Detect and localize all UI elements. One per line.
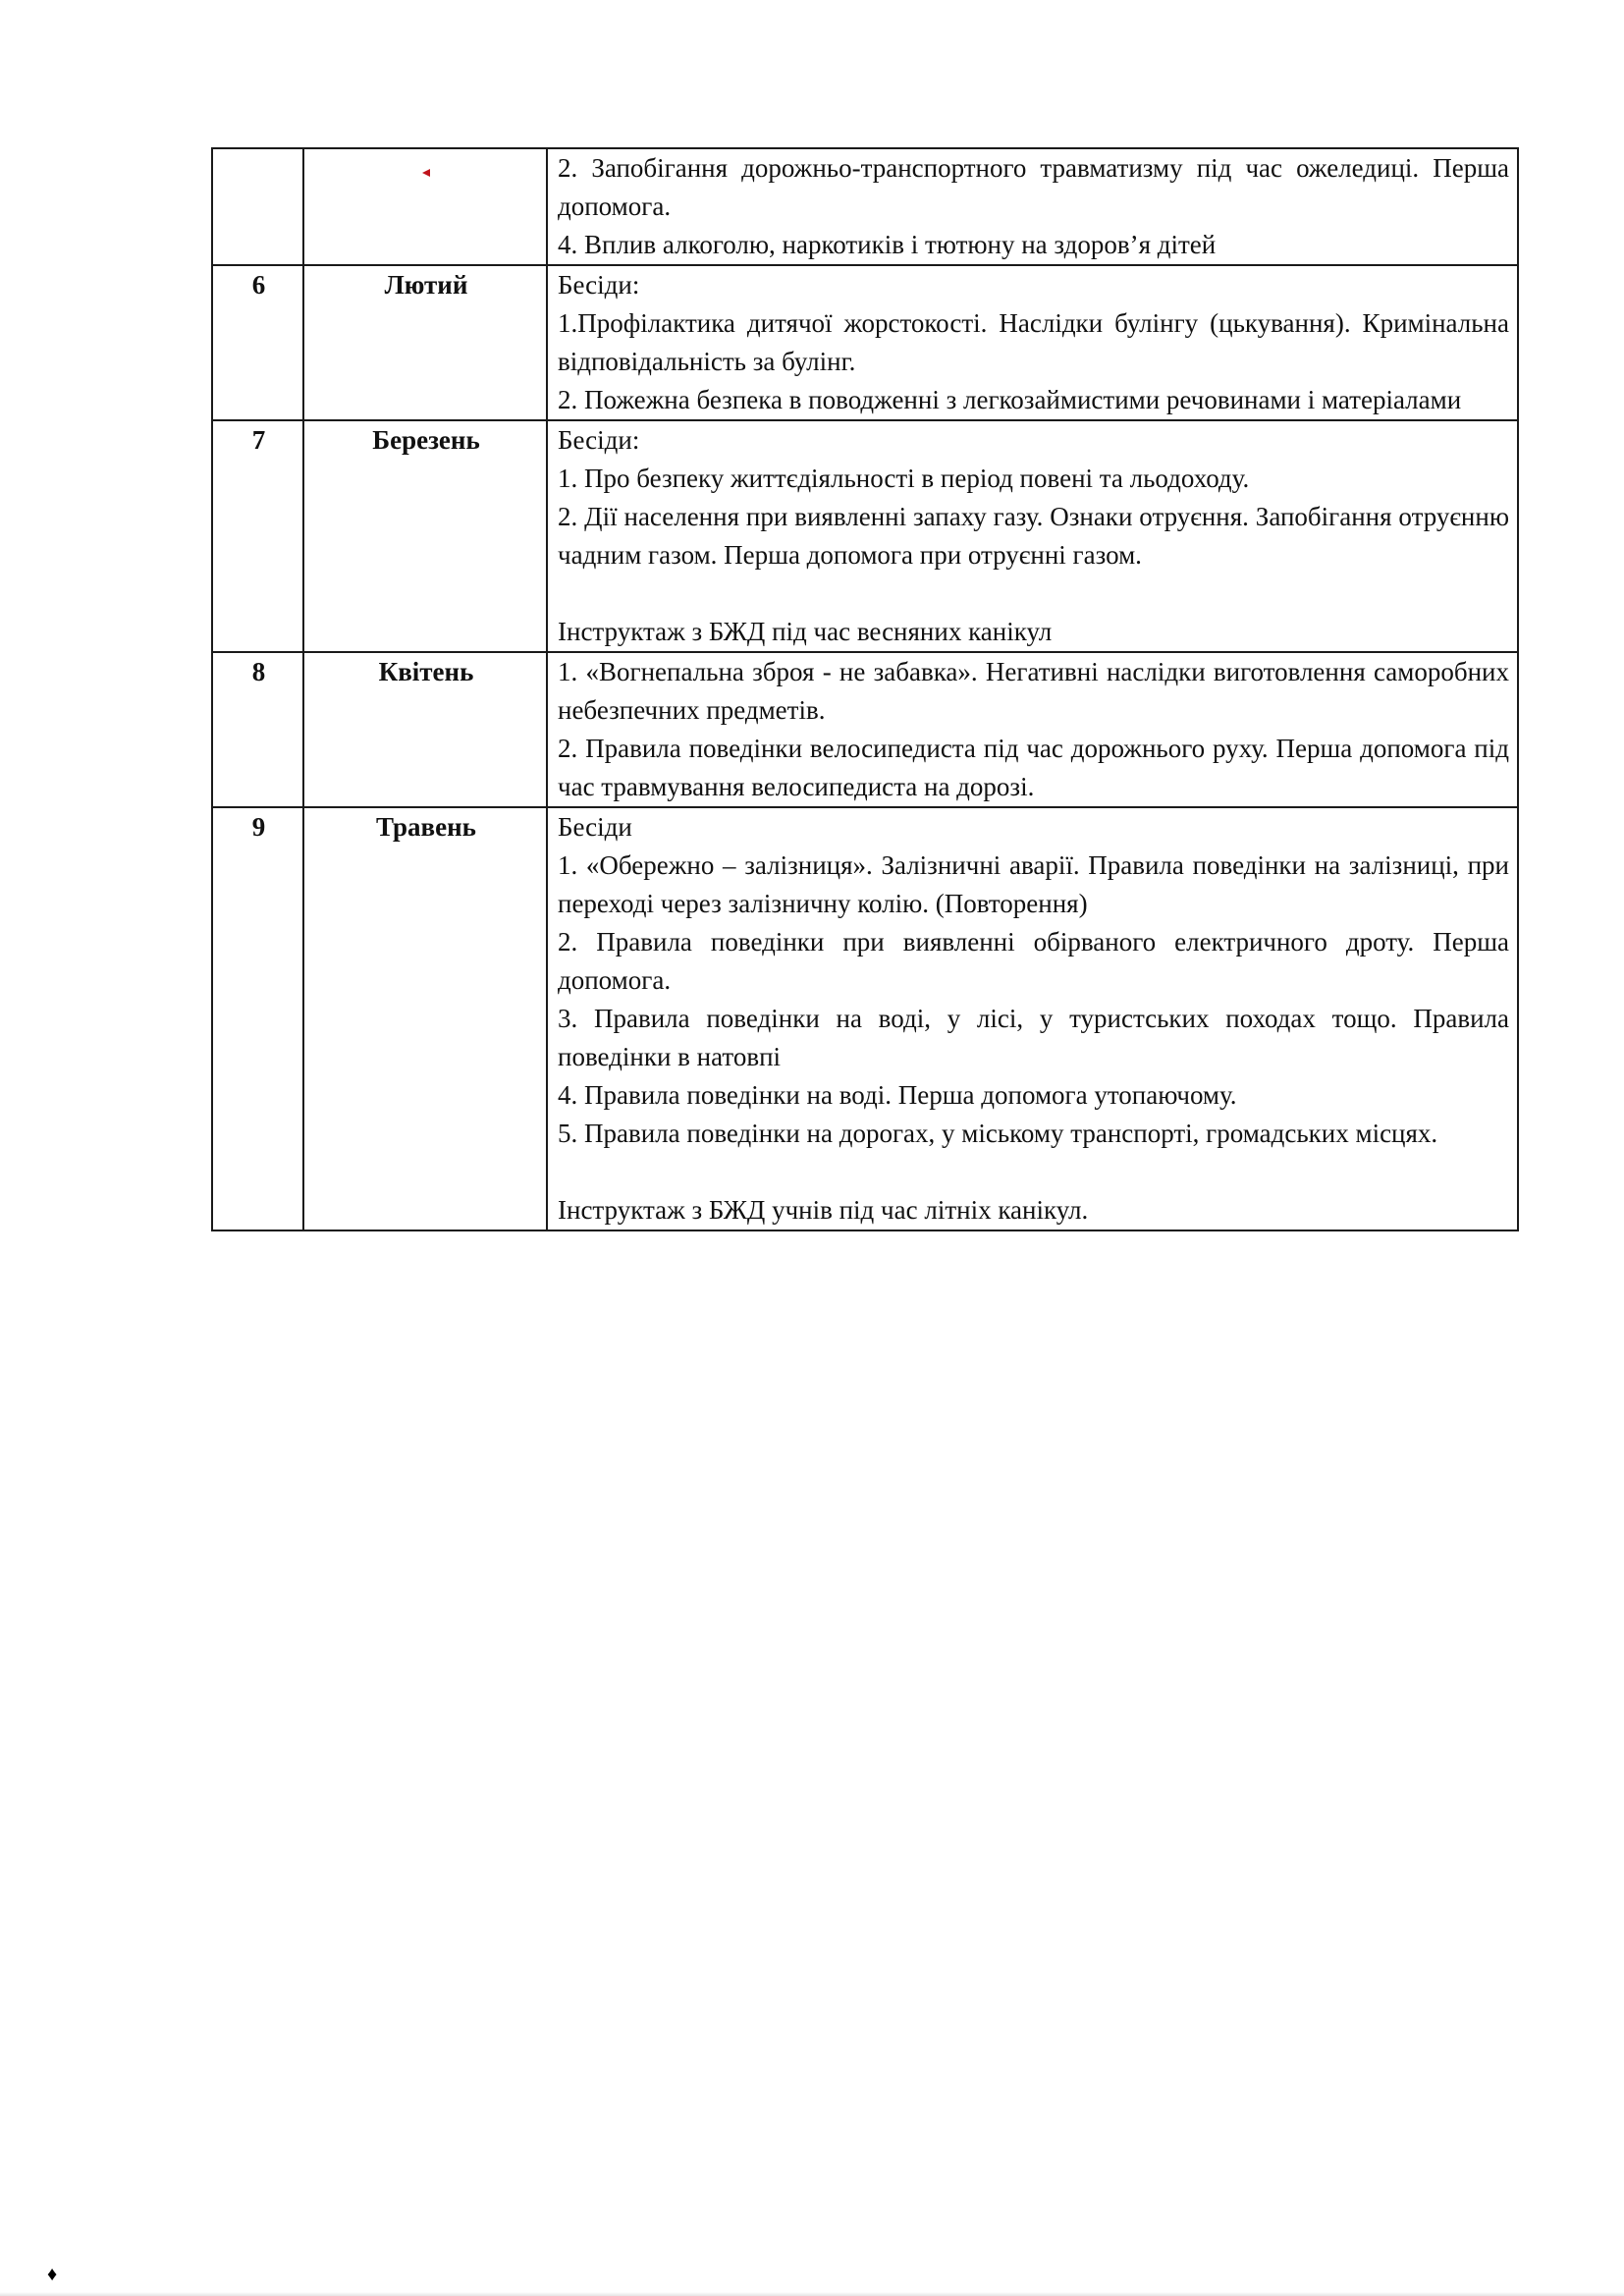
row-number: 8 [212, 652, 303, 807]
month-cell: Травень [303, 807, 547, 1230]
month-cell [303, 148, 547, 265]
month-cell: Лютий [303, 265, 547, 420]
activities-cell: Бесіди1. «Обережно – залізниця». Залізни… [547, 807, 1518, 1230]
activity-line: Бесіди [558, 808, 1509, 847]
blank-line [558, 1153, 1509, 1191]
activity-line: Бесіди: [558, 421, 1509, 460]
table-row: 7БерезеньБесіди:1. Про безпеку життєдіял… [212, 420, 1518, 652]
activity-line: 2. Дії населення при виявленні запаху га… [558, 498, 1509, 574]
activity-line: 4. Вплив алкоголю, наркотиків і тютюну н… [558, 226, 1509, 264]
row-number: 9 [212, 807, 303, 1230]
row-number: 7 [212, 420, 303, 652]
blank-line [558, 574, 1509, 613]
activity-line: 2. Правила поведінки велосипедиста під ч… [558, 730, 1509, 806]
activity-line: 2. Пожежна безпека в поводженні з легкоз… [558, 381, 1509, 419]
row-number [212, 148, 303, 265]
table-row: 8Квітень1. «Вогнепальна зброя - не забав… [212, 652, 1518, 807]
activity-line: Інструктаж з БЖД учнів під час літніх ка… [558, 1191, 1509, 1230]
month-cell: Березень [303, 420, 547, 652]
activity-line: Інструктаж з БЖД під час весняних каніку… [558, 613, 1509, 651]
red-pen-mark-icon [422, 169, 430, 177]
activities-cell: Бесіди:1. Про безпеку життєдіяльності в … [547, 420, 1518, 652]
activities-cell: 1. «Вогнепальна зброя - не забавка». Нег… [547, 652, 1518, 807]
scan-edge [0, 2292, 1624, 2296]
activity-line: Бесіди: [558, 266, 1509, 304]
month-cell: Квітень [303, 652, 547, 807]
table-row: 2. Запобігання дорожньо-транспортного тр… [212, 148, 1518, 265]
activity-line: 1. «Вогнепальна зброя - не забавка». Нег… [558, 653, 1509, 730]
activity-line: 1.Профілактика дитячої жорстокості. Насл… [558, 304, 1509, 381]
activity-line: 4. Правила поведінки на воді. Перша допо… [558, 1076, 1509, 1115]
row-number: 6 [212, 265, 303, 420]
activities-cell: Бесіди:1.Профілактика дитячої жорстокост… [547, 265, 1518, 420]
document-page: 2. Запобігання дорожньо-транспортного тр… [0, 0, 1624, 2296]
table-body: 2. Запобігання дорожньо-транспортного тр… [212, 148, 1518, 1230]
table-row: 6ЛютийБесіди:1.Профілактика дитячої жорс… [212, 265, 1518, 420]
activity-line: 1. «Обережно – залізниця». Залізничні ав… [558, 847, 1509, 923]
scan-corner-mark: ♦ [47, 2264, 57, 2286]
activity-line: 2. Правила поведінки при виявленні обірв… [558, 923, 1509, 1000]
activities-cell: 2. Запобігання дорожньо-транспортного тр… [547, 148, 1518, 265]
safety-plan-table: 2. Запобігання дорожньо-транспортного тр… [211, 147, 1519, 1231]
activity-line: 5. Правила поведінки на дорогах, у міськ… [558, 1115, 1509, 1153]
table-row: 9ТравеньБесіди1. «Обережно – залізниця».… [212, 807, 1518, 1230]
activity-line: 3. Правила поведінки на воді, у лісі, у … [558, 1000, 1509, 1076]
activity-line: 2. Запобігання дорожньо-транспортного тр… [558, 149, 1509, 226]
activity-line: 1. Про безпеку життєдіяльності в період … [558, 460, 1509, 498]
